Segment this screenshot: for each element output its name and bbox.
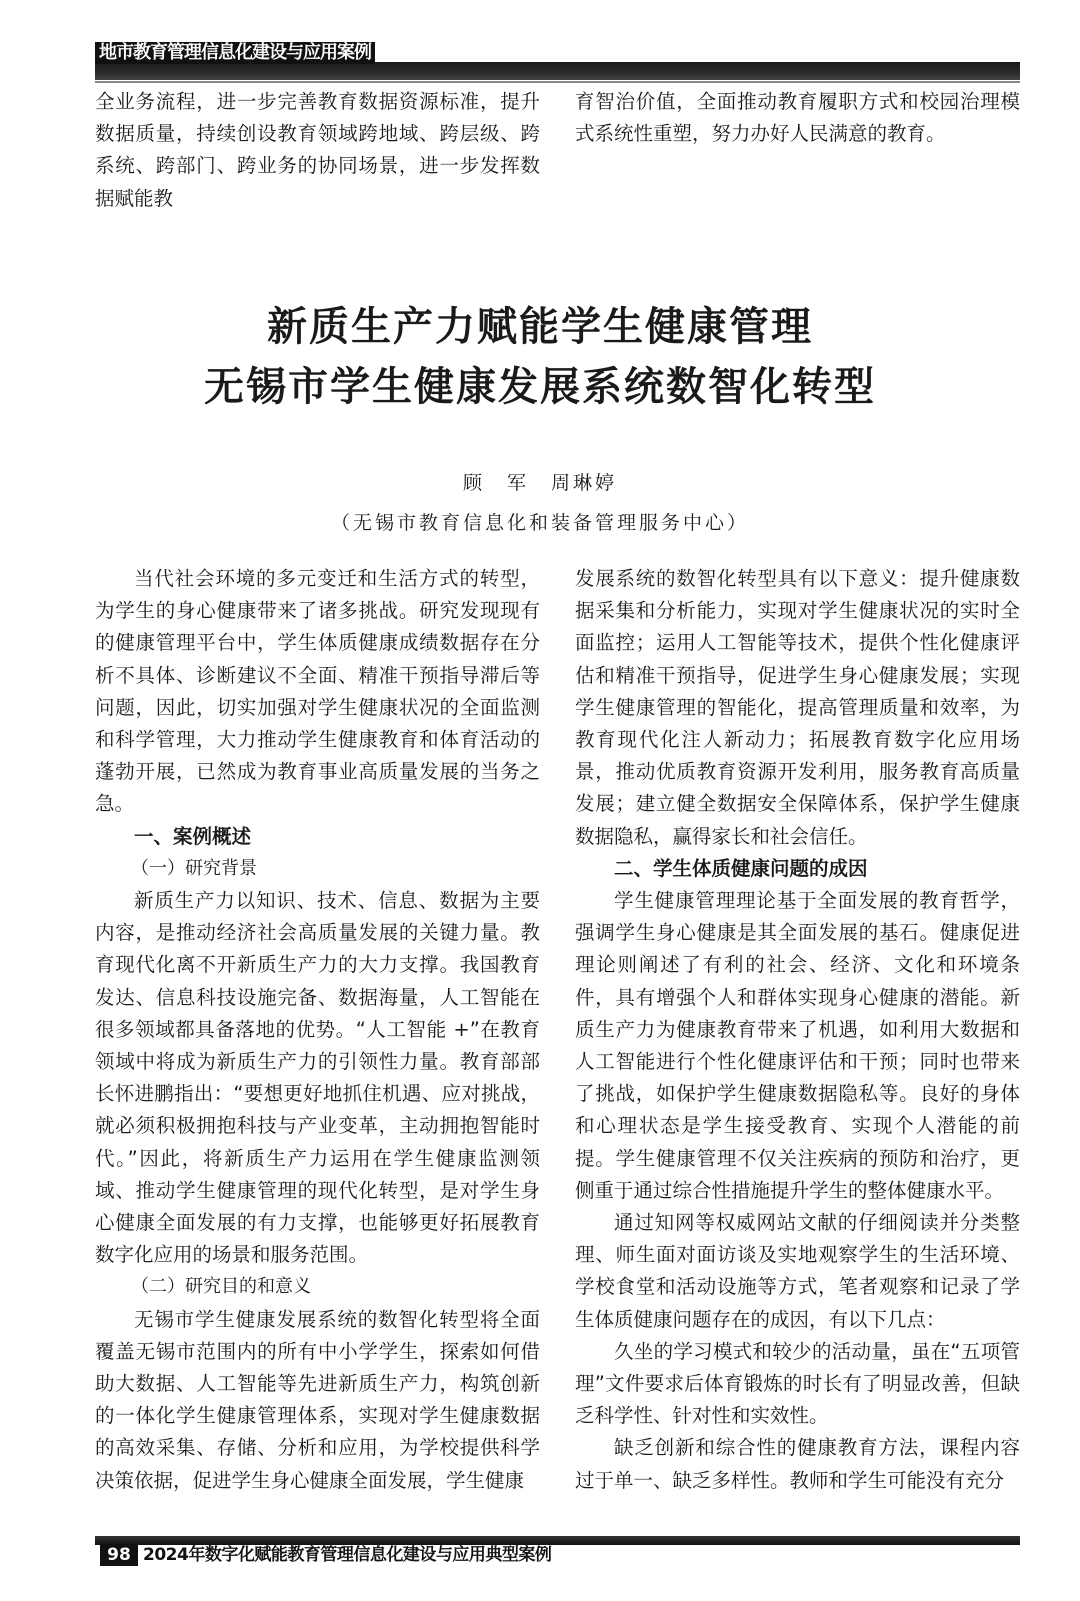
purpose-paragraph-continued: 发展系统的数智化转型具有以下意义：提升健康数据采集和分析能力，实现对学生健康状况… bbox=[575, 563, 1020, 853]
footer-label: 2024年数字化赋能教育管理信息化建设与应用典型案例 bbox=[143, 1544, 551, 1566]
header-bar bbox=[95, 62, 1020, 80]
continuation-right-text: 育智治价值，全面推动教育履职方式和校园治理模式系统性重塑，努力办好人民满意的教育… bbox=[575, 86, 1020, 150]
page-number: 98 bbox=[100, 1544, 138, 1566]
article-title-line2: 无锡市学生健康发展系统数智化转型 bbox=[0, 355, 1080, 412]
article-affiliation: （无锡市教育信息化和装备管理服务中心） bbox=[0, 508, 1080, 535]
continuation-right: 育智治价值，全面推动教育履职方式和校园治理模式系统性重塑，努力办好人民满意的教育… bbox=[575, 86, 1020, 150]
article-authors: 顾 军 周琳婷 bbox=[0, 468, 1080, 495]
header-rule bbox=[95, 81, 1020, 83]
theory-paragraph: 学生健康管理理论基于全面发展的教育哲学，强调学生身心健康是其全面发展的基石。健康… bbox=[575, 885, 1020, 1207]
cause-sedentary-paragraph: 久坐的学习模式和较少的活动量，虽在“五项管理”文件要求后体育锻炼的时长有了明显改… bbox=[575, 1336, 1020, 1433]
purpose-paragraph: 无锡市学生健康发展系统的数智化转型将全面覆盖无锡市范围内的所有中小学学生，探索如… bbox=[95, 1304, 540, 1497]
right-column: 发展系统的数智化转型具有以下意义：提升健康数据采集和分析能力，实现对学生健康状况… bbox=[575, 563, 1020, 1497]
cause-education-paragraph: 缺乏创新和综合性的健康教育方法，课程内容过于单一、缺乏多样性。教师和学生可能没有… bbox=[575, 1432, 1020, 1496]
method-paragraph: 通过知网等权威网站文献的仔细阅读并分类整理、师生面对面访谈及实地观察学生的生活环… bbox=[575, 1207, 1020, 1336]
left-column: 当代社会环境的多元变迁和生活方式的转型，为学生的身心健康带来了诸多挑战。研究发现… bbox=[95, 563, 540, 1497]
continuation-left-text: 全业务流程，进一步完善教育数据资源标准，提升数据质量，持续创设教育领域跨地域、跨… bbox=[95, 86, 540, 215]
subsection-heading-background: （一）研究背景 bbox=[95, 853, 540, 885]
article-title-line1: 新质生产力赋能学生健康管理 bbox=[0, 295, 1080, 352]
section-heading-2: 二、学生体质健康问题的成因 bbox=[575, 853, 1020, 885]
subsection-heading-purpose: （二）研究目的和意义 bbox=[95, 1271, 540, 1303]
running-header-label: 地市教育管理信息化建设与应用案例 bbox=[95, 42, 375, 64]
intro-paragraph: 当代社会环境的多元变迁和生活方式的转型，为学生的身心健康带来了诸多挑战。研究发现… bbox=[95, 563, 540, 821]
section-heading-1: 一、案例概述 bbox=[95, 821, 540, 853]
background-paragraph: 新质生产力以知识、技术、信息、数据为主要内容，是推动经济社会高质量发展的关键力量… bbox=[95, 885, 540, 1271]
continuation-left: 全业务流程，进一步完善教育数据资源标准，提升数据质量，持续创设教育领域跨地域、跨… bbox=[95, 86, 540, 215]
